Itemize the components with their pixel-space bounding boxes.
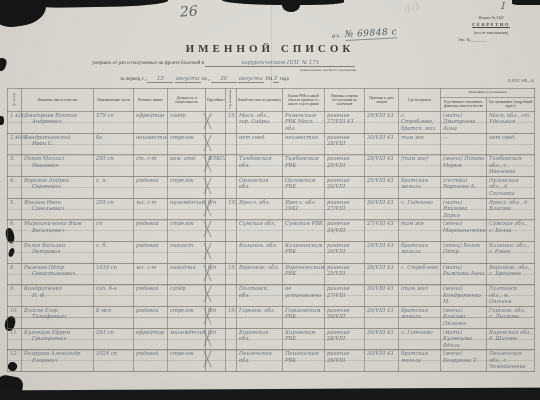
table-cell-rvk: Горьковским РВК bbox=[283, 306, 325, 328]
table-cell-party: б/п bbox=[206, 306, 226, 328]
table-cell-address: Воронеж. обл., с. Хреновое bbox=[487, 263, 535, 285]
table-cell-unit: 579 сп bbox=[94, 111, 134, 133]
year-printed: 194 bbox=[265, 77, 273, 82]
table-cell-address: Пензенская обл., с. Чемодановка bbox=[487, 350, 535, 372]
table-cell-native: Моск. обл., гор. Озёры bbox=[237, 111, 283, 133]
table-cell-death: 29/VIII 43 bbox=[365, 176, 399, 198]
table-cell-death: 29/VIII 43 bbox=[365, 111, 399, 133]
table-cell-name: Рыжков ПётрСевастьянович bbox=[22, 263, 94, 285]
table-cell-address: нет свед. bbox=[487, 133, 535, 155]
table-cell-name: 4001—КондратьевскийИван С. bbox=[22, 133, 94, 155]
table-cell-death: 30/VIII 43 bbox=[365, 328, 399, 350]
table-cell-num: 9. bbox=[8, 285, 22, 307]
table-cell-admitted: ранение 27/VIII bbox=[325, 285, 365, 307]
scan-artifact bbox=[0, 57, 8, 72]
table-cell-native: Полтавск. обл. bbox=[237, 285, 283, 307]
table-cell-birth bbox=[226, 155, 237, 177]
table-cell-unit: ба bbox=[94, 133, 134, 155]
table-cell-birth bbox=[226, 133, 237, 155]
table-cell-rank: ст. с-т bbox=[134, 155, 168, 177]
table-cell-post: сапёр bbox=[168, 285, 206, 307]
table-cell-rank: ефрейтор bbox=[134, 328, 168, 350]
table-cell-party: б/п bbox=[206, 263, 226, 285]
table-cell-post: стрелок bbox=[168, 306, 206, 328]
table-cell-post: пулемётчик bbox=[168, 198, 206, 220]
col-header-post: Должность и специальность bbox=[168, 89, 206, 112]
table-cell-admitted: ранение 26/VIII bbox=[325, 176, 365, 198]
table-cell-name: 424—Дмитриев ВикторАндреевич bbox=[22, 111, 94, 133]
table-cell-relative: (сестра) Воронова А. bbox=[441, 176, 487, 198]
table-cell-birth bbox=[226, 220, 237, 242]
form-classification-block: Форма № 3БЛ СЕКРЕТНО (после заполнения) … bbox=[448, 14, 534, 43]
table-cell-birth bbox=[226, 241, 237, 263]
table-cell-rvk: не установлено bbox=[283, 285, 325, 307]
table-cell-name: Мирошниченко ЯковВасильевич bbox=[22, 220, 94, 242]
scan-artifact bbox=[512, 0, 540, 5]
table-cell-num: 8. bbox=[8, 263, 22, 285]
table-body: 1.424—Дмитриев ВикторАндреевич579 спефре… bbox=[8, 111, 535, 371]
table-cell-buried: братская могила bbox=[399, 306, 441, 328]
scanned-document-page: 26 1 40 вх. № 69848 с Форма № 3БЛ СЕКРЕТ… bbox=[0, 0, 540, 400]
table-cell-post: сапёр bbox=[168, 111, 206, 133]
col-header-unit: Наименование части bbox=[94, 89, 134, 112]
table-cell-num: 12. bbox=[8, 350, 22, 372]
table-cell-party bbox=[206, 241, 226, 263]
table-cell-relative: (жена) Власова Пелагея bbox=[441, 306, 487, 328]
table-cell-rvk: Кировским РВК bbox=[283, 328, 325, 350]
table-cell-party: б/п bbox=[206, 328, 226, 350]
day-from-handwritten: 15 bbox=[147, 76, 173, 83]
table-cell-party bbox=[206, 176, 226, 198]
table-cell-death: 28/VIII 43 bbox=[365, 263, 399, 285]
table-row: 9.КондратенкоН. Ф.сап. б-нрядовойсапёрПо… bbox=[8, 285, 535, 307]
handwritten-corner-number: 1 bbox=[499, 1, 506, 13]
table-row: 8.Рыжков ПётрСевастьянович1019 спмл. с-т… bbox=[8, 263, 535, 285]
table-cell-party: б/п bbox=[206, 198, 226, 220]
table-cell-name: Власов ЕгорТимофеевич bbox=[22, 306, 94, 328]
table-cell-party bbox=[206, 133, 226, 155]
table-cell-unit: с. б. bbox=[94, 241, 134, 263]
table-cell-buried: с. Стреблево, братск. мог. bbox=[399, 111, 441, 133]
table-cell-death: 30/VIII 43 bbox=[365, 350, 399, 372]
table-cell-relative: (жена) Попова Мария bbox=[441, 155, 487, 177]
period-printed: за период с „ bbox=[120, 77, 147, 82]
table-cell-num: 7. bbox=[8, 241, 22, 263]
table-cell-name: Попов МихаилИванович bbox=[22, 155, 94, 177]
table-cell-relative: (отец) Белов Пётр bbox=[441, 241, 487, 263]
table-cell-party: — bbox=[206, 111, 226, 133]
table-row: 1.424—Дмитриев ВикторАндреевич579 спефре… bbox=[8, 111, 535, 133]
table-cell-relative: (мать) Дмитриева Анна bbox=[441, 111, 487, 133]
table-cell-death: 30/VIII 43 bbox=[365, 285, 399, 307]
col-header-rank: Военное звание bbox=[134, 89, 168, 112]
table-cell-rank: рядовой bbox=[134, 285, 168, 307]
table-cell-num: 10. bbox=[8, 306, 22, 328]
table-cell-post: наводчик bbox=[168, 263, 206, 285]
table-cell-buried: с. Годеново bbox=[399, 328, 441, 350]
year-handwritten: 3 bbox=[273, 76, 279, 83]
table-cell-rvk: Орловским РВК bbox=[283, 176, 325, 198]
table-cell-address: Моск. обл., ст. Удельная bbox=[487, 111, 535, 133]
col-header-birth-year: Год рождения bbox=[226, 89, 237, 112]
table-cell-num: 3. bbox=[8, 155, 22, 177]
table-cell-admitted: ранение 27/VIII bbox=[325, 198, 365, 220]
table-row: 4.Воронов АндрейСергеевичс. п.рядовойстр… bbox=[8, 176, 535, 198]
table-cell-death: 28/VIII 43 bbox=[365, 155, 399, 177]
table-cell-birth bbox=[226, 176, 237, 198]
table-cell-admitted: ранение 29/VIII bbox=[325, 350, 365, 372]
table-cell-rank: ефрейтор bbox=[134, 111, 168, 133]
table-cell-party bbox=[206, 285, 226, 307]
month-from-handwritten: августа bbox=[175, 76, 201, 83]
table-cell-admitted: ранение 27/VIII 43 bbox=[325, 111, 365, 133]
table-cell-name: Воронов АндрейСергеевич bbox=[22, 176, 94, 198]
table-cell-post: стрелок bbox=[168, 220, 206, 242]
subtitle-line: умерших от ран и полученных на фронте бо… bbox=[92, 60, 472, 67]
table-cell-unit: 1019 сп bbox=[94, 263, 134, 285]
table-cell-rvk: Калининским РВК bbox=[283, 241, 325, 263]
table-cell-num: 11. bbox=[8, 328, 22, 350]
table-cell-admitted: ранение 25/VIII bbox=[325, 263, 365, 285]
table-cell-name: КондратенкоН. Ф. bbox=[22, 285, 94, 307]
table-cell-party bbox=[206, 220, 226, 242]
form-number: Форма № 3БЛ bbox=[448, 14, 534, 21]
table-cell-native: Орловская обл. bbox=[237, 176, 283, 198]
col-header-number: № по пор. bbox=[8, 89, 22, 112]
incoming-registration-stamp: вх. № 69848 с bbox=[332, 27, 398, 40]
table-row: 5.Якимов ИванСавельевич295 спмл. с-тпуле… bbox=[8, 198, 535, 220]
table-cell-rvk: Сумским РВК bbox=[283, 220, 325, 242]
table-cell-post: ком. отд. bbox=[168, 155, 206, 177]
ink-bleed-ghost-mark: 40 bbox=[403, 0, 420, 16]
table-cell-admitted: ранение 28/VIII bbox=[325, 133, 365, 155]
table-cell-post: стрелок bbox=[168, 176, 206, 198]
table-cell-num: 4. bbox=[8, 176, 22, 198]
table-cell-buried: там же bbox=[399, 220, 441, 242]
table-cell-rank: мл. с-т bbox=[134, 198, 168, 220]
institution-note: (наименование лечебного учреждения) bbox=[300, 68, 356, 72]
table-cell-post: связист bbox=[168, 241, 206, 263]
table-cell-rank: рядовой bbox=[134, 176, 168, 198]
table-cell-relative: (мать) Кузнецова Фёкла bbox=[441, 328, 487, 350]
col-header-native: Какой местности уроженец bbox=[237, 89, 283, 112]
table-cell-rank: мл. с-т bbox=[134, 263, 168, 285]
table-cell-death: 30/VIII 43 bbox=[365, 133, 399, 155]
day-to-handwritten: 30 bbox=[211, 76, 237, 83]
table-cell-buried: там же bbox=[399, 133, 441, 155]
table-cell-address: Полтавск. обл., м. Опошня bbox=[487, 285, 535, 307]
table-cell-buried: братская могила bbox=[399, 350, 441, 372]
table-row: 6.Мирошниченко ЯковВасильевичспрядовойст… bbox=[8, 220, 535, 242]
table-row: 2.4001—КондратьевскийИван С.банеизвестно… bbox=[8, 133, 535, 155]
table-cell-death: 30/VIII 43 bbox=[365, 198, 399, 220]
table-cell-relative: (жена) Кондратенко М. bbox=[441, 285, 487, 307]
col-header-address: Где проживают (подробный адрес) bbox=[487, 98, 535, 112]
col-header-relative: Родственное отношение, фамилия, имя и от… bbox=[441, 98, 487, 112]
scan-artifact bbox=[0, 116, 4, 125]
table-row: 7.Белов ВасилийПетровичс. б.рядовойсвязи… bbox=[8, 241, 535, 263]
scan-edge-shadow bbox=[0, 388, 540, 400]
table-cell-address: Калинин. обл., г. Ржев bbox=[487, 241, 535, 263]
table-cell-rank: рядовой bbox=[134, 350, 168, 372]
table-cell-name: Безруков АлександрЕгорович bbox=[22, 350, 94, 372]
table-cell-name: Белов ВасилийПетрович bbox=[22, 241, 94, 263]
table-cell-party bbox=[206, 350, 226, 372]
print-edition-code: 23 НХЛ. 948—44 bbox=[508, 79, 535, 83]
table-cell-name: Кузнецов ЕфремГригорьевич bbox=[22, 328, 94, 350]
col-header-death: Причина и дата смерти bbox=[365, 89, 399, 112]
table-cell-birth bbox=[226, 328, 237, 350]
table-cell-admitted: ранение 24/VIII bbox=[325, 220, 365, 242]
table-cell-native: Воронеж. обл. bbox=[237, 263, 283, 285]
table-cell-birth: 1913 bbox=[226, 306, 237, 328]
table-cell-birth: 1919 bbox=[226, 263, 237, 285]
table-cell-admitted: ранение 28/VIII bbox=[325, 328, 365, 350]
table-cell-native: Тамбовская обл. bbox=[237, 155, 283, 177]
subtitle-printed-text: умерших от ран и полученных на фронте бо… bbox=[92, 61, 204, 66]
col-header-rvk: Каким РВК и какой области призван и с ка… bbox=[283, 89, 325, 112]
table-cell-unit: 295 сп bbox=[94, 155, 134, 177]
table-row: 11.Кузнецов ЕфремГригорьевич291 спефрейт… bbox=[8, 328, 535, 350]
period-line: за период с „15 августа по „30 августа 1… bbox=[120, 76, 289, 83]
col-header-party: Партийность bbox=[206, 89, 226, 112]
table-cell-unit: сап. б-н bbox=[94, 285, 134, 307]
table-cell-birth bbox=[226, 350, 237, 372]
table-cell-rank: рядовой bbox=[134, 306, 168, 328]
table-cell-buried: с. Стреблево bbox=[399, 263, 441, 285]
table-cell-post: стрелок bbox=[168, 350, 206, 372]
after-filling-note: (после заполнения) bbox=[448, 29, 534, 36]
handwritten-sheet-number: 26 bbox=[179, 3, 198, 20]
table-cell-address: Тамбовская обл., с. Ивановка bbox=[487, 155, 535, 177]
table-row: 3.Попов МихаилИванович295 спст. с-тком. … bbox=[8, 155, 535, 177]
table-cell-relative: — bbox=[441, 133, 487, 155]
scan-artifact bbox=[282, 0, 300, 12]
stamp-prefix: вх. bbox=[332, 32, 345, 40]
table-cell-address: Кировская обл., д. Шихово bbox=[487, 328, 535, 350]
table-cell-num: 6. bbox=[8, 220, 22, 242]
table-cell-native: нет свед. bbox=[237, 133, 283, 155]
table-cell-buried: братская могила bbox=[399, 241, 441, 263]
table-cell-address: Горьков. обл., с. Лысково bbox=[487, 306, 535, 328]
table-cell-party: ВЛКСМ bbox=[206, 155, 226, 177]
table-cell-rank: рядовой bbox=[134, 220, 168, 242]
table-cell-birth: 1924 bbox=[226, 198, 237, 220]
table-cell-native: Кировская обл. bbox=[237, 328, 283, 350]
table-cell-death: 29/VIII 43 bbox=[365, 306, 399, 328]
col-group-relatives: Ближайшие родственники bbox=[441, 89, 535, 98]
institution-blank: хирургическом ППГ № 171 bbox=[205, 60, 355, 67]
table-cell-post: миномётчик bbox=[168, 328, 206, 350]
table-cell-relative: (мать) Рыжкова Анна bbox=[441, 263, 487, 285]
year-suffix: года bbox=[280, 77, 289, 82]
table-row: 12.Безруков АлександрЕгорович1024 спрядо… bbox=[8, 350, 535, 372]
period-printed-po: по „ bbox=[202, 77, 211, 82]
table-cell-num: 5. bbox=[8, 198, 22, 220]
table-cell-rvk: Яросл. обл. 1942 bbox=[283, 198, 325, 220]
table-cell-buried: с. Годеново bbox=[399, 198, 441, 220]
table-cell-name: Якимов ИванСавельевич bbox=[22, 198, 94, 220]
table-cell-native: Пензенская обл. bbox=[237, 350, 283, 372]
table-cell-unit: сп bbox=[94, 220, 134, 242]
secrecy-stamp: СЕКРЕТНО bbox=[448, 21, 534, 29]
table-cell-rvk: Воронежским РВК bbox=[283, 263, 325, 285]
table-cell-relative: (жена) Мирошниченко bbox=[441, 220, 487, 242]
table-cell-buried: (там же) bbox=[399, 285, 441, 307]
table-cell-unit: 295 сп bbox=[94, 198, 134, 220]
table-cell-relative: (мать) Якимова Дарья bbox=[441, 198, 487, 220]
table-cell-admitted: ранение 26/VIII bbox=[325, 306, 365, 328]
stamp-number: № 69848 с bbox=[344, 27, 397, 41]
table-cell-rvk: Раменским РВК Моск. обл. bbox=[283, 111, 325, 133]
month-to-handwritten: августа bbox=[238, 76, 264, 83]
document-title: ИМЕННОЙ СПИСОК bbox=[0, 43, 540, 55]
table-cell-unit: с. п. bbox=[94, 176, 134, 198]
table-cell-unit: 291 сп bbox=[94, 328, 134, 350]
table-cell-address: Орловская обл., д. Сосновка bbox=[487, 176, 535, 198]
table-cell-native: Яросл. обл. bbox=[237, 198, 283, 220]
table-cell-rank: неизвестно bbox=[134, 133, 168, 155]
table-cell-rvk: Тамбовским РВК bbox=[283, 155, 325, 177]
table-cell-admitted: ранение 25/VIII bbox=[325, 155, 365, 177]
table-cell-admitted: ранение 26/VIII bbox=[325, 241, 365, 263]
table-cell-rvk: неизвестно bbox=[283, 133, 325, 155]
table-cell-rvk: Пензенским РВК bbox=[283, 350, 325, 372]
table-cell-birth: 1915 bbox=[226, 111, 237, 133]
table-cell-relative: (жена) Безрукова Т. bbox=[441, 350, 487, 372]
table-cell-death: 29/VIII 43 bbox=[365, 241, 399, 263]
table-cell-unit: 8 мсп bbox=[94, 306, 134, 328]
col-header-buried: Где похоронен bbox=[399, 89, 441, 112]
table-cell-buried: братская могила bbox=[399, 176, 441, 198]
col-header-admitted: Причина и время поступления на излечение bbox=[325, 89, 365, 112]
table-cell-death: 27/VIII 43 bbox=[365, 220, 399, 242]
scan-artifact bbox=[26, 0, 168, 8]
table-cell-address: Яросл. обл., д. Власово bbox=[487, 198, 535, 220]
table-cell-birth bbox=[226, 285, 237, 307]
table-cell-native: Горьков. обл. bbox=[237, 306, 283, 328]
table-cell-buried: (там же) bbox=[399, 155, 441, 177]
table-cell-post: стрелок bbox=[168, 133, 206, 155]
institution-handwritten: хирургическом ППГ № 171 bbox=[241, 60, 319, 66]
table-row: 10.Власов ЕгорТимофеевич8 мспрядовойстре… bbox=[8, 306, 535, 328]
table-cell-unit: 1024 сп bbox=[94, 350, 134, 372]
table-cell-native: Сумская обл. bbox=[237, 220, 283, 242]
table-cell-address: Сумская обл., с. Белка bbox=[487, 220, 535, 242]
table-cell-rank: рядовой bbox=[134, 241, 168, 263]
table-cell-native: Калинин. обл. bbox=[237, 241, 283, 263]
casualty-list-table: № по пор. Фамилия, имя и отчество Наимен… bbox=[7, 88, 535, 372]
col-header-name: Фамилия, имя и отчество bbox=[22, 89, 94, 112]
